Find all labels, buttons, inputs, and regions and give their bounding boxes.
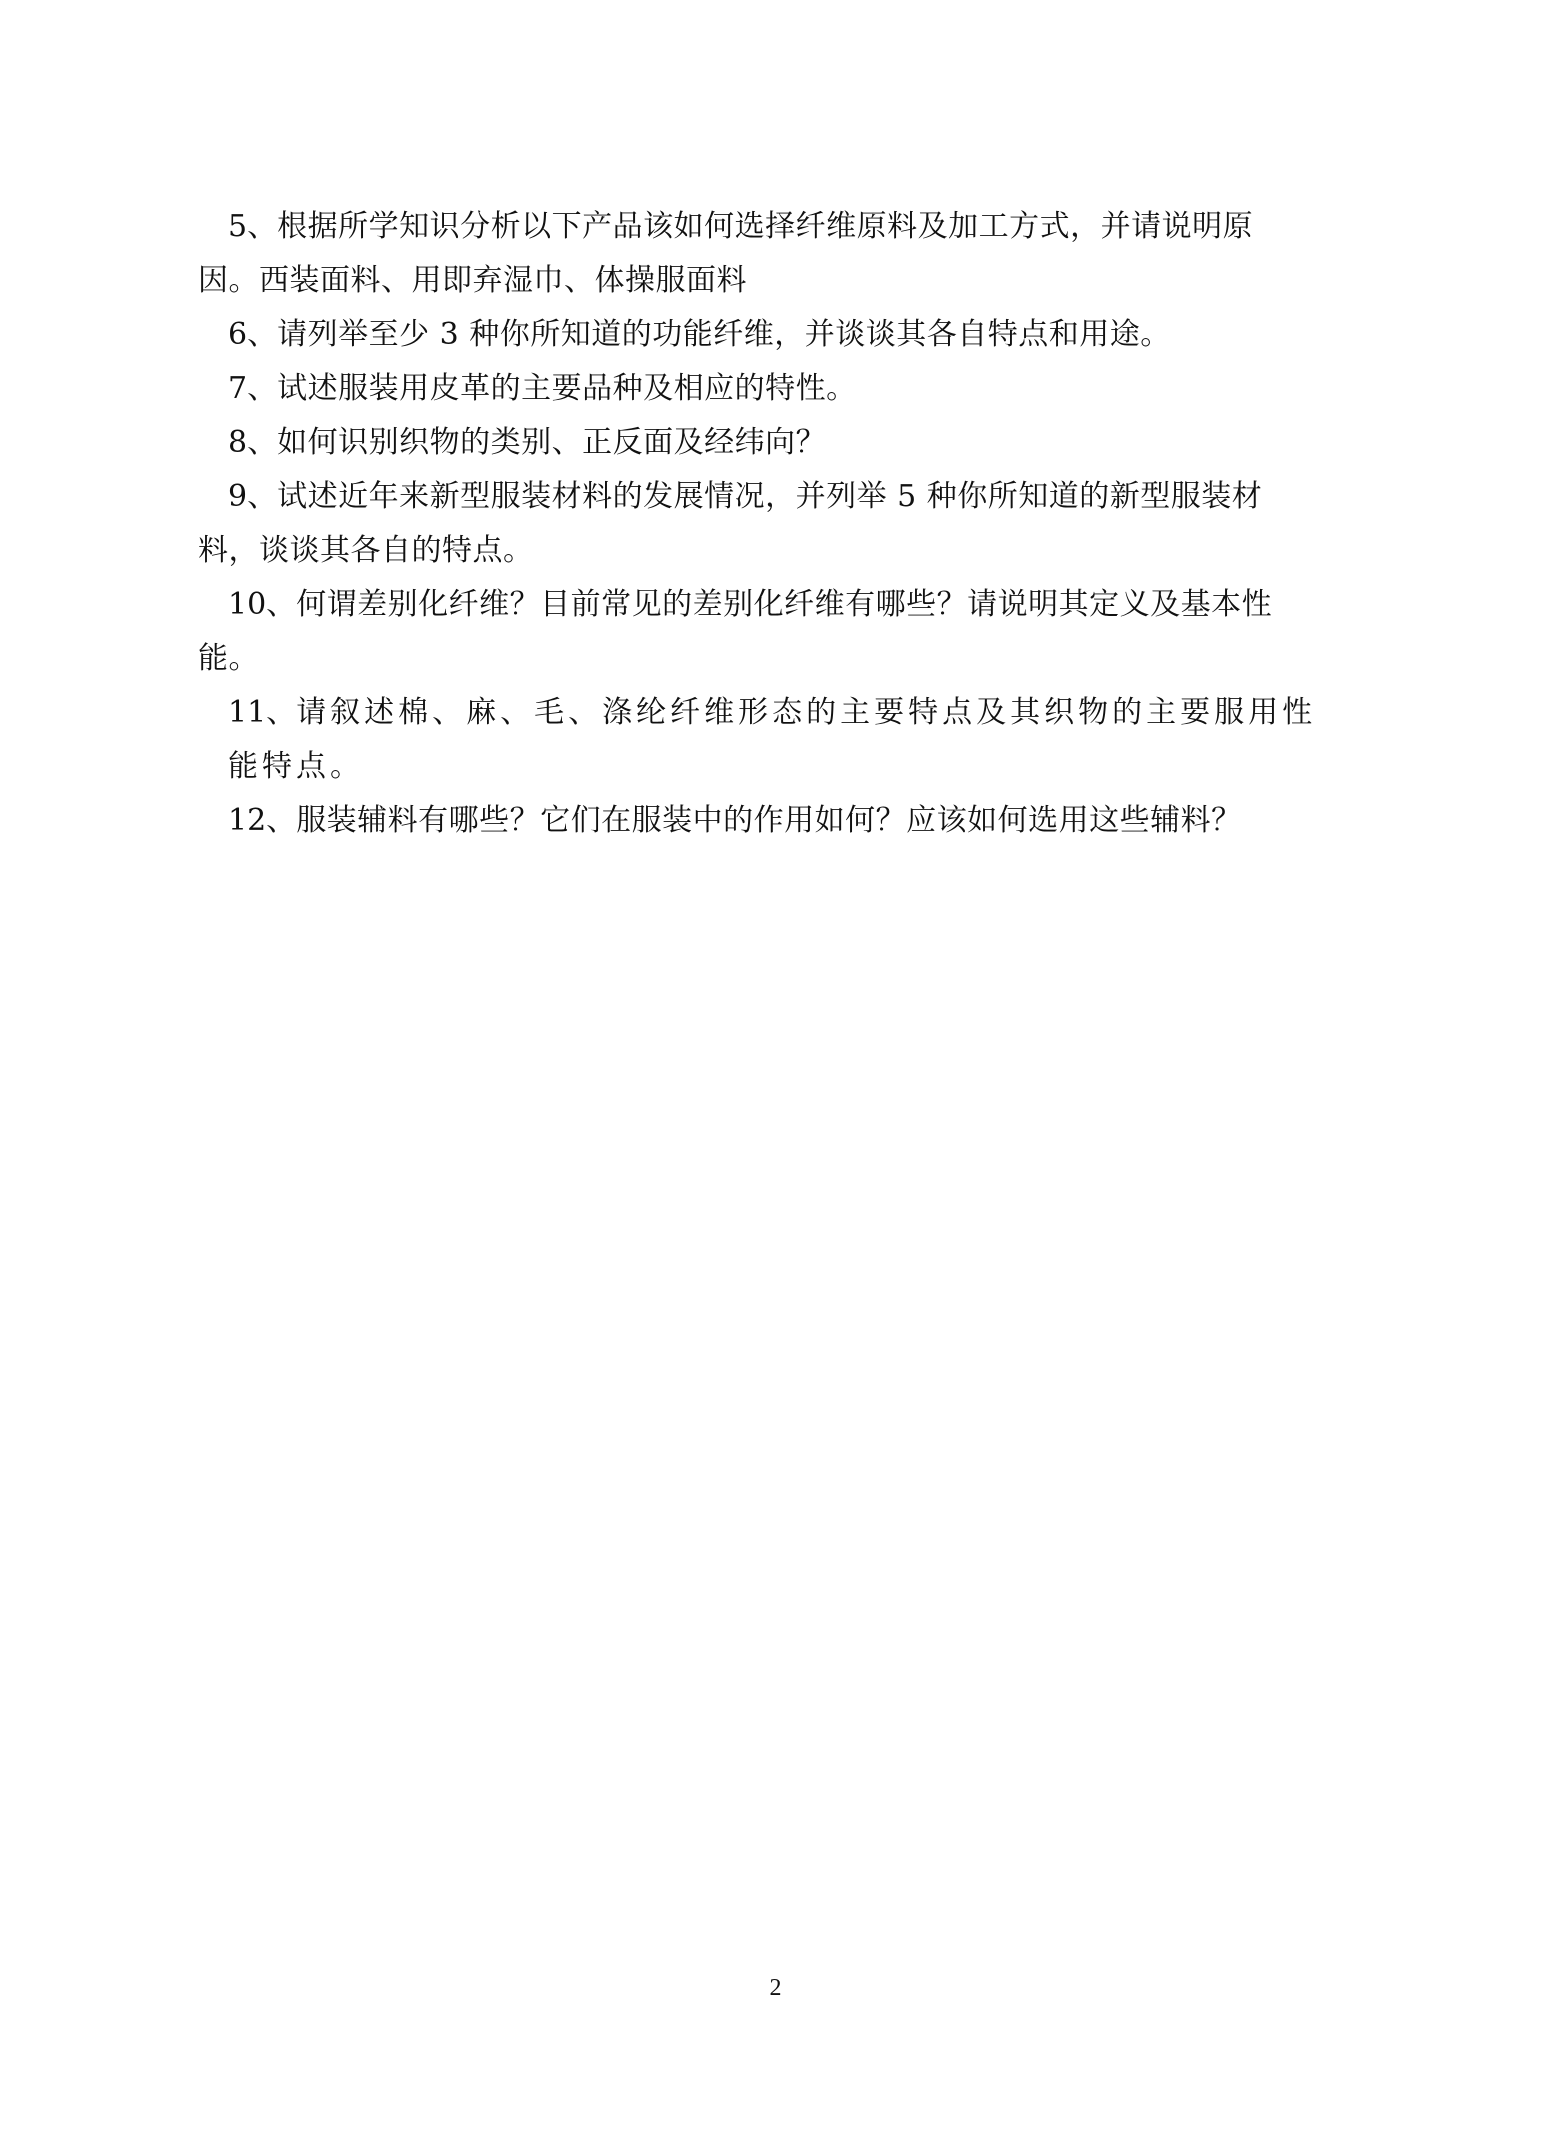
question-number: 9、: [228, 479, 277, 514]
question-number: 10、: [228, 587, 296, 622]
question-text-line2: 能特点。: [198, 740, 364, 794]
question-number: 8、: [228, 425, 277, 460]
question-text-line1: 请叙述棉、麻、毛、涤纶纤维形态的主要特点及其织物的主要服用性: [296, 695, 1316, 730]
question-number: 11、: [228, 695, 296, 730]
question-text-line1: 试述服装用皮革的主要品种及相应的特性。: [277, 371, 857, 406]
page-number: 2: [0, 1975, 1551, 2002]
question-text-line2: 能。: [168, 632, 259, 686]
question-number: 5、: [228, 209, 277, 244]
question-text-line1: 何谓差别化纤维？目前常见的差别化纤维有哪些？请说明其定义及基本性: [296, 587, 1272, 622]
question-9: 9、试述近年来新型服装材料的发展情况，并列举 5 种你所知道的新型服装材 料，谈…: [198, 470, 1356, 578]
question-text-line2: 料，谈谈其各自的特点。: [168, 524, 534, 578]
document-page: 5、根据所学知识分析以下产品该如何选择纤维原料及加工方式，并请说明原 因。西装面…: [0, 0, 1551, 2151]
question-text-line1: 根据所学知识分析以下产品该如何选择纤维原料及加工方式，并请说明原: [277, 209, 1253, 244]
question-7: 7、试述服装用皮革的主要品种及相应的特性。: [198, 362, 1356, 416]
question-text-line1: 如何识别织物的类别、正反面及经纬向？: [277, 425, 826, 460]
question-8: 8、如何识别织物的类别、正反面及经纬向？: [198, 416, 1356, 470]
question-text-line1: 试述近年来新型服装材料的发展情况，并列举 5 种你所知道的新型服装材: [277, 479, 1262, 514]
question-text-line1: 服装辅料有哪些？它们在服装中的作用如何？应该如何选用这些辅料？: [296, 803, 1242, 838]
question-12: 12、服装辅料有哪些？它们在服装中的作用如何？应该如何选用这些辅料？: [198, 794, 1356, 848]
question-number: 12、: [228, 803, 296, 838]
question-list: 5、根据所学知识分析以下产品该如何选择纤维原料及加工方式，并请说明原 因。西装面…: [198, 200, 1356, 848]
question-text-line2: 因。西装面料、用即弃湿巾、体操服面料: [168, 254, 747, 308]
question-5: 5、根据所学知识分析以下产品该如何选择纤维原料及加工方式，并请说明原 因。西装面…: [198, 200, 1356, 308]
question-11: 11、请叙述棉、麻、毛、涤纶纤维形态的主要特点及其织物的主要服用性 能特点。: [198, 686, 1356, 794]
question-number: 6、: [228, 317, 277, 352]
question-number: 7、: [228, 371, 277, 406]
question-10: 10、何谓差别化纤维？目前常见的差别化纤维有哪些？请说明其定义及基本性 能。: [198, 578, 1356, 686]
question-6: 6、请列举至少 3 种你所知道的功能纤维，并谈谈其各自特点和用途。: [198, 308, 1356, 362]
question-text-line1: 请列举至少 3 种你所知道的功能纤维，并谈谈其各自特点和用途。: [277, 317, 1171, 352]
